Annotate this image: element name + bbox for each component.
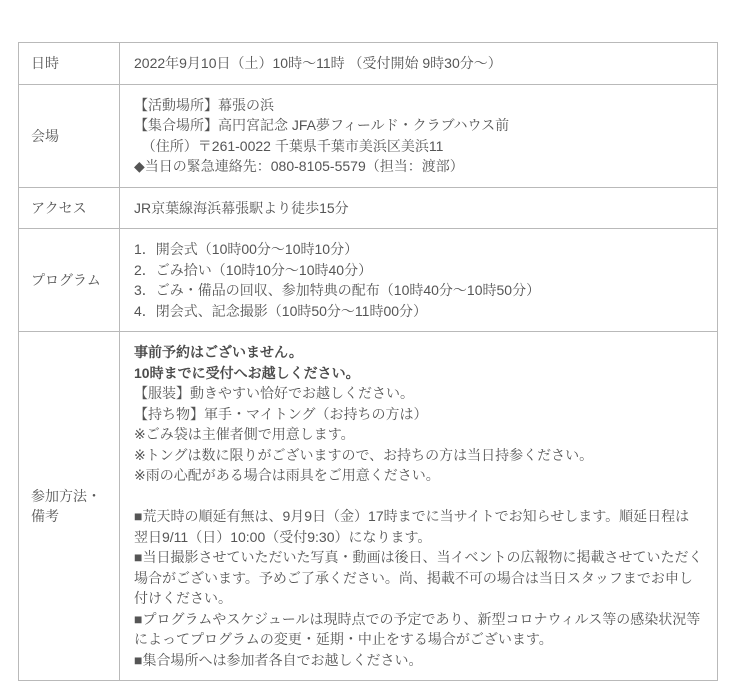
row-label: アクセス [19,187,120,229]
blank-line [134,486,703,507]
text-line: 1．開会式（10時00分～10時10分） [134,239,703,260]
table-row: 日時2022年9月10日（土）10時～11時 （受付開始 9時30分～） [19,43,718,85]
event-info-section: 日時2022年9月10日（土）10時～11時 （受付開始 9時30分～）会場【活… [18,42,718,681]
text-line: ※雨の心配がある場合は雨具をご用意ください。 [134,465,703,486]
text-line: 2．ごみ拾い（10時10分～10時40分） [134,260,703,281]
text-line: ※ごみ袋は主催者側で用意します。 [134,424,703,445]
text-line: ■当日撮影させていただいた写真・動画は後日、当イベントの広報物に掲載させていただ… [134,547,703,609]
text-line: JR京葉線海浜幕張駅より徒歩15分 [134,198,703,219]
text-line: ■荒天時の順延有無は、9月9日（金）17時までに当サイトでお知らせします。順延日… [134,506,703,547]
row-label: プログラム [19,229,120,332]
row-content: 【活動場所】幕張の浜【集合場所】高円宮記念 JFA夢フィールド・クラブハウス前 … [120,84,718,187]
text-line: 2022年9月10日（土）10時～11時 （受付開始 9時30分～） [134,53,703,74]
text-line: 3．ごみ・備品の回収、参加特典の配布（10時40分～10時50分） [134,280,703,301]
row-label: 会場 [19,84,120,187]
table-row: プログラム1．開会式（10時00分～10時10分）2．ごみ拾い（10時10分～1… [19,229,718,332]
text-line: ※トングは数に限りがございますので、お持ちの方は当日持参ください。 [134,445,703,466]
text-line: 【持ち物】軍手・マイトング（お持ちの方は） [134,404,703,425]
text-line: 【服装】動きやすい恰好でお越しください。 [134,383,703,404]
text-line: ■プログラムやスケジュールは現時点での予定であり、新型コロナウィルス等の感染状況… [134,609,703,650]
text-line: ◆当日の緊急連絡先：080-8105-5579（担当：渡部） [134,156,703,177]
event-info-table: 日時2022年9月10日（土）10時～11時 （受付開始 9時30分～）会場【活… [18,42,718,681]
table-row: 会場【活動場所】幕張の浜【集合場所】高円宮記念 JFA夢フィールド・クラブハウス… [19,84,718,187]
row-label: 参加方法・備考 [19,332,120,681]
text-line: 事前予約はございません。 [134,342,703,363]
text-line: （住所）〒261-0022 千葉県千葉市美浜区美浜11 [134,136,703,157]
row-content: 1．開会式（10時00分～10時10分）2．ごみ拾い（10時10分～10時40分… [120,229,718,332]
table-row: アクセスJR京葉線海浜幕張駅より徒歩15分 [19,187,718,229]
text-line: 4．閉会式、記念撮影（10時50分～11時00分） [134,301,703,322]
table-body: 日時2022年9月10日（土）10時～11時 （受付開始 9時30分～）会場【活… [19,43,718,681]
row-content: 事前予約はございません。10時までに受付へお越しください。【服装】動きやすい恰好… [120,332,718,681]
text-line: ■集合場所へは参加者各自でお越しください。 [134,650,703,671]
table-row: 参加方法・備考事前予約はございません。10時までに受付へお越しください。【服装】… [19,332,718,681]
row-content: JR京葉線海浜幕張駅より徒歩15分 [120,187,718,229]
text-line: 10時までに受付へお越しください。 [134,363,703,384]
row-label: 日時 [19,43,120,85]
text-line: 【活動場所】幕張の浜 [134,95,703,116]
row-content: 2022年9月10日（土）10時～11時 （受付開始 9時30分～） [120,43,718,85]
text-line: 【集合場所】高円宮記念 JFA夢フィールド・クラブハウス前 [134,115,703,136]
